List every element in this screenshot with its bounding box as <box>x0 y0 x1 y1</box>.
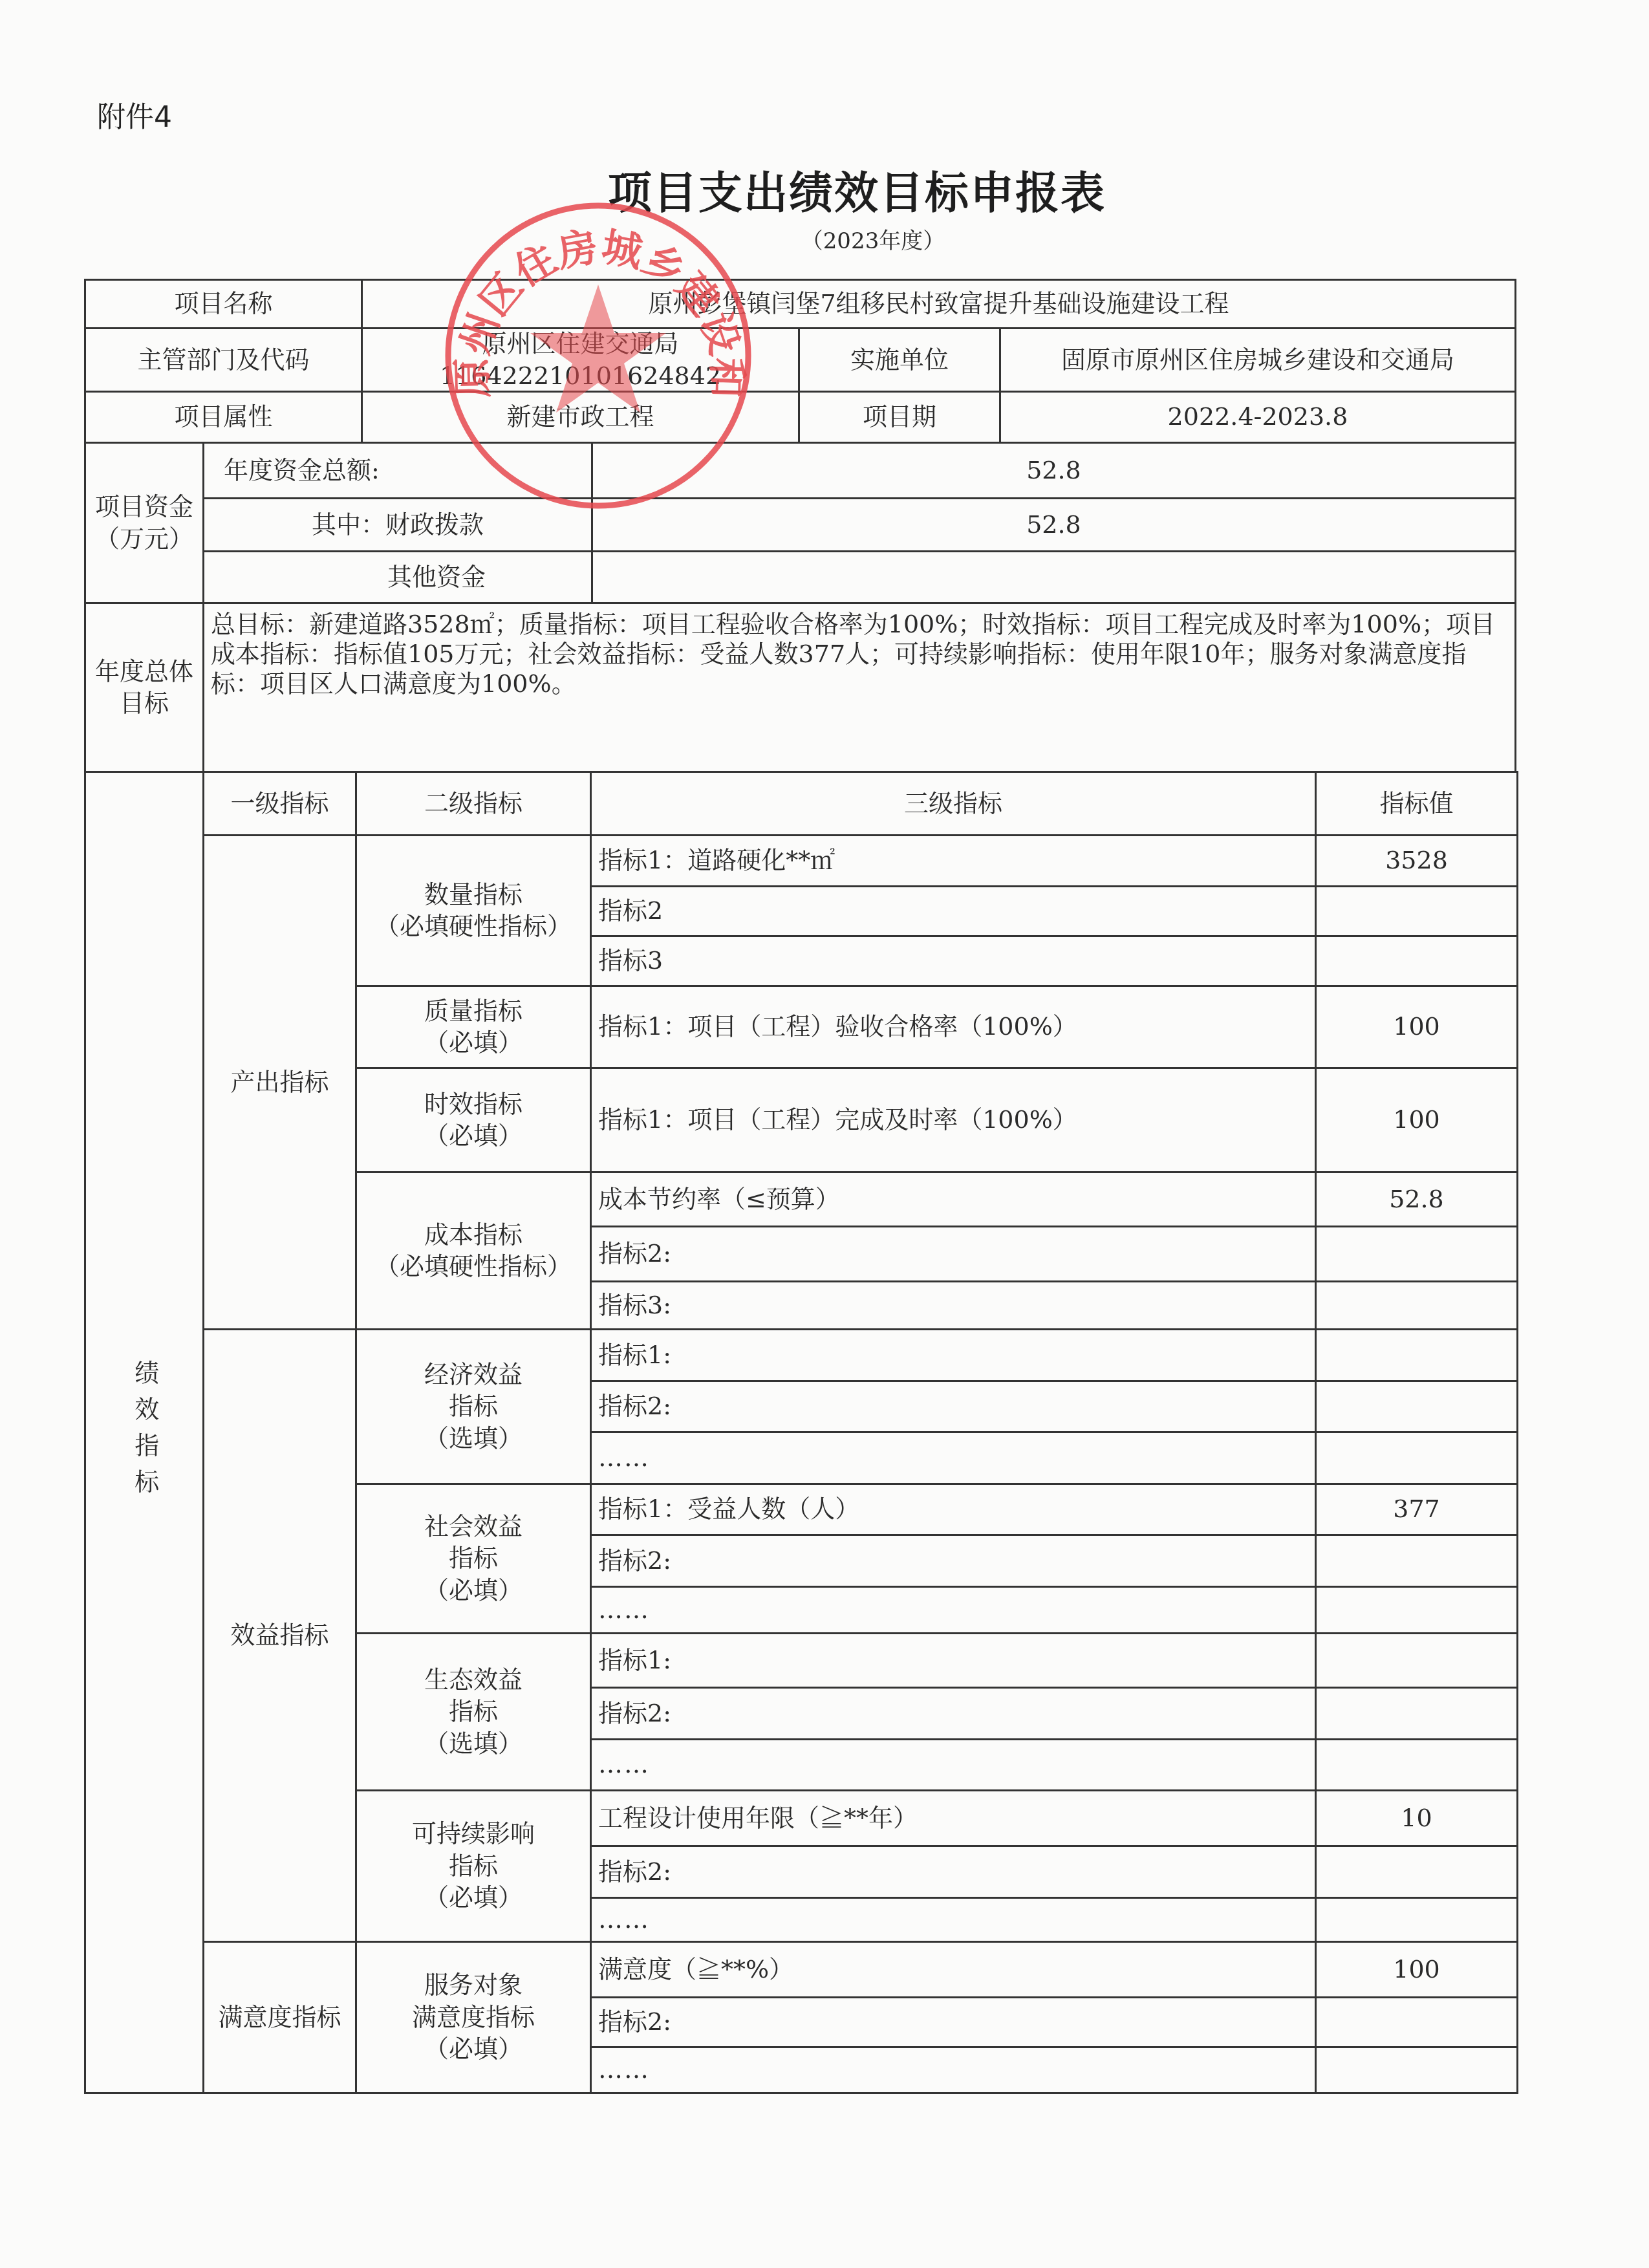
dept-name: 原州区住建交通局 <box>482 328 678 360</box>
level2-indicator-line: 指标 <box>449 1696 498 1727</box>
level1-indicator: 效益指标 <box>202 1328 357 1943</box>
level2-indicator-line: 指标 <box>449 1542 498 1574</box>
indicator-value <box>1315 1328 1518 1382</box>
performance-label: 绩效指标 <box>84 771 204 2094</box>
indicator-value <box>1315 1380 1518 1433</box>
level2-indicator-line: 社会效益 <box>424 1511 523 1542</box>
level2-indicator-line: 经济效益 <box>424 1359 523 1390</box>
level2-indicator: 成本指标（必填硬性指标） <box>355 1171 592 1330</box>
indicator-cell: …… <box>590 1738 1317 1791</box>
period-label: 项目期 <box>798 391 1001 444</box>
funds-other-value <box>591 550 1516 604</box>
attachment-label: 附件4 <box>97 94 172 135</box>
performance-label-text: 绩效指标 <box>128 1360 160 1505</box>
level2-indicator-line: （选填） <box>424 1728 523 1760</box>
indicator-value <box>1315 1845 1518 1899</box>
level2-indicator-line: 质量指标 <box>424 995 523 1027</box>
level2-indicator: 时效指标（必填） <box>355 1067 592 1173</box>
indicator-value <box>1315 935 1518 987</box>
indicator-value <box>1315 1996 1518 2048</box>
level2-indicator: 质量指标（必填） <box>355 985 592 1069</box>
funds-fiscal-label: 其中：财政拨款 <box>202 497 593 552</box>
funds-fiscal-value: 52.8 <box>591 497 1516 552</box>
indicator-cell: 指标2: <box>590 1687 1317 1740</box>
header-level2: 二级指标 <box>355 771 592 836</box>
indicator-cell: …… <box>590 2046 1317 2094</box>
indicator-value <box>1315 1897 1518 1943</box>
fiscal-year: （2023年度） <box>0 223 1649 255</box>
impl-unit-label: 实施单位 <box>798 327 1001 393</box>
level2-indicator-line: （必填） <box>424 2033 523 2065</box>
annual-goal-label-line2: 目标 <box>120 687 169 719</box>
level2-indicator: 可持续影响指标（必填） <box>355 1789 592 1943</box>
indicator-cell: 工程设计使用年限（≧**年） <box>590 1789 1317 1847</box>
indicator-value: 100 <box>1315 1941 1518 1998</box>
indicator-value <box>1315 1738 1518 1791</box>
page-title: 项目支出绩效目标申报表 <box>0 158 1649 221</box>
funds-total-label: 年度资金总额: <box>202 442 593 499</box>
level2-indicator-line: 服务对象 <box>424 1969 523 2001</box>
indicator-value <box>1315 1226 1518 1282</box>
level2-indicator-line: （必填硬性指标） <box>375 911 572 942</box>
indicator-cell: 指标1：项目（工程）完成及时率（100%） <box>590 1067 1317 1173</box>
project-name-value: 原州彭堡镇闫堡7组移民村致富提升基础设施建设工程 <box>361 279 1516 329</box>
impl-unit-value: 固原市原州区住房城乡建设和交通局 <box>999 327 1516 393</box>
indicator-cell: 成本节约率（≤预算） <box>590 1171 1317 1227</box>
annual-goal-label-line1: 年度总体 <box>95 656 193 687</box>
level2-indicator-line: （必填） <box>424 1027 523 1059</box>
indicator-value: 3528 <box>1315 834 1518 887</box>
indicator-cell: 指标2: <box>590 1534 1317 1588</box>
funds-other-label: 其他资金 <box>202 550 593 604</box>
indicator-cell: 指标2: <box>590 1226 1317 1282</box>
level2-indicator-line: 指标 <box>449 1850 498 1882</box>
header-level1: 一级指标 <box>202 771 357 836</box>
funds-total-value: 52.8 <box>591 442 1516 499</box>
level2-indicator: 服务对象满意度指标（必填） <box>355 1941 592 2094</box>
indicator-cell: …… <box>590 1586 1317 1634</box>
level2-indicator-line: （必填硬性指标） <box>375 1251 572 1282</box>
header-value: 指标值 <box>1315 771 1518 836</box>
indicator-value: 377 <box>1315 1483 1518 1536</box>
level2-indicator-line: （必填） <box>424 1575 523 1606</box>
indicator-value: 52.8 <box>1315 1171 1518 1227</box>
project-name-label: 项目名称 <box>84 279 363 329</box>
indicator-cell: …… <box>590 1897 1317 1943</box>
level2-indicator-line: （选填） <box>424 1423 523 1454</box>
level2-indicator-line: （必填） <box>424 1882 523 1914</box>
attr-label: 项目属性 <box>84 391 363 444</box>
level2-indicator-line: 指标 <box>449 1390 498 1422</box>
indicator-value: 100 <box>1315 1067 1518 1173</box>
annual-goal-text: 总目标：新建道路3528㎡；质量指标：项目工程验收合格率为100%；时效指标：项… <box>202 602 1516 773</box>
indicator-value <box>1315 1534 1518 1588</box>
level2-indicator-line: 成本指标 <box>424 1219 523 1251</box>
indicator-cell: 指标1: <box>590 1328 1317 1382</box>
indicator-cell: 指标3 <box>590 935 1317 987</box>
indicator-cell: 指标2: <box>590 1845 1317 1899</box>
indicator-cell: 指标1：受益人数（人） <box>590 1483 1317 1536</box>
funds-label-line1: 项目资金 <box>95 491 193 523</box>
attr-value: 新建市政工程 <box>361 391 800 444</box>
indicator-cell: 指标1：道路硬化**㎡ <box>590 834 1317 887</box>
period-value: 2022.4-2023.8 <box>999 391 1516 444</box>
level1-indicator: 产出指标 <box>202 834 357 1330</box>
dept-value: 原州区住建交通局 116422210101624842 <box>361 327 800 393</box>
indicator-value <box>1315 2046 1518 2094</box>
indicator-value: 100 <box>1315 985 1518 1069</box>
level2-indicator-line: 时效指标 <box>424 1088 523 1120</box>
level2-indicator-line: 可持续影响 <box>412 1818 535 1850</box>
annual-goal-label: 年度总体 目标 <box>84 602 204 773</box>
level2-indicator-line: 数量指标 <box>424 879 523 911</box>
level2-indicator: 经济效益指标（选填） <box>355 1328 592 1485</box>
dept-label: 主管部门及代码 <box>84 327 363 393</box>
dept-code: 116422210101624842 <box>440 360 721 392</box>
indicator-cell: 指标2: <box>590 1996 1317 2048</box>
indicator-cell: 指标2: <box>590 1380 1317 1433</box>
level2-indicator: 社会效益指标（必填） <box>355 1483 592 1634</box>
indicator-cell: 满意度（≧**%） <box>590 1941 1317 1998</box>
indicator-value <box>1315 1586 1518 1634</box>
level2-indicator-line: 满意度指标 <box>412 2002 535 2033</box>
indicator-cell: 指标2 <box>590 885 1317 937</box>
indicator-value <box>1315 1280 1518 1330</box>
indicator-cell: 指标3: <box>590 1280 1317 1330</box>
funds-label: 项目资金 （万元） <box>84 442 204 604</box>
level1-indicator: 满意度指标 <box>202 1941 357 2094</box>
indicator-value <box>1315 885 1518 937</box>
indicator-cell: …… <box>590 1431 1317 1485</box>
indicator-value: 10 <box>1315 1789 1518 1847</box>
level2-indicator: 数量指标（必填硬性指标） <box>355 834 592 987</box>
indicator-value <box>1315 1431 1518 1485</box>
header-level3: 三级指标 <box>590 771 1317 836</box>
level2-indicator-line: 生态效益 <box>424 1664 523 1696</box>
indicator-cell: 指标1：项目（工程）验收合格率（100%） <box>590 985 1317 1069</box>
indicator-cell: 指标1: <box>590 1632 1317 1689</box>
indicator-value <box>1315 1632 1518 1689</box>
funds-label-line2: （万元） <box>95 523 193 555</box>
indicator-value <box>1315 1687 1518 1740</box>
level2-indicator: 生态效益指标（选填） <box>355 1632 592 1791</box>
level2-indicator-line: （必填） <box>424 1120 523 1152</box>
